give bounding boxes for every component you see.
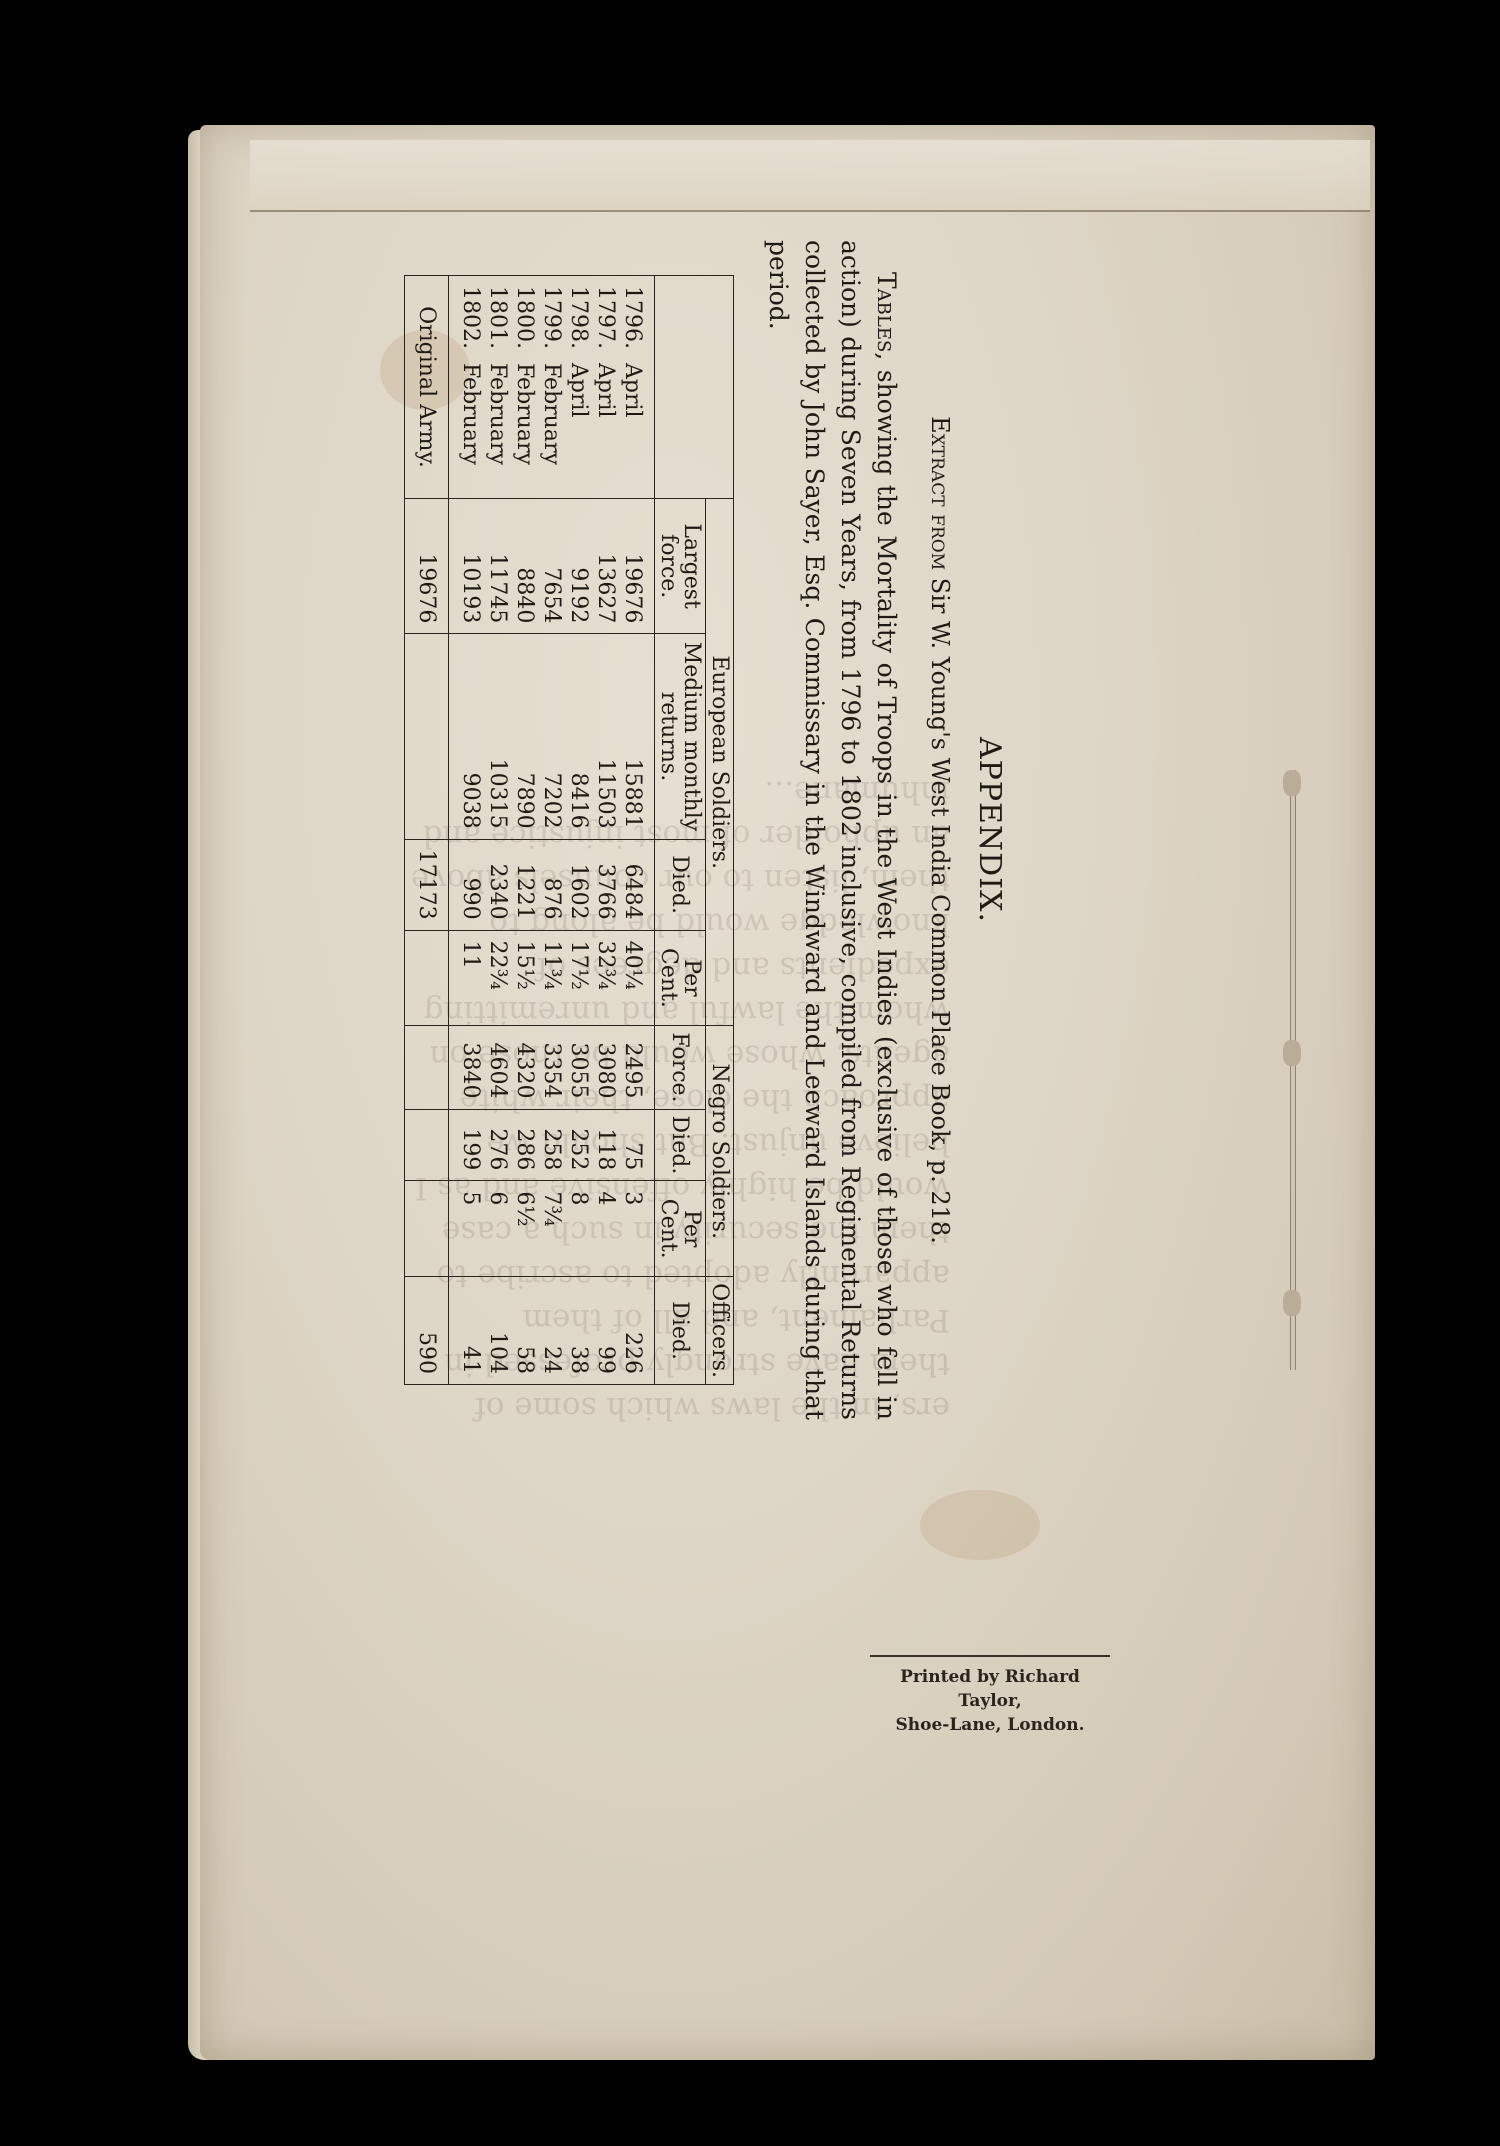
table-row-totals: Original Army. 19676 17173 590 (405, 276, 449, 1385)
table-row: 1796. 1797. 1798. 1799. 1800. 1801. 1802… (449, 276, 655, 1385)
year-header-blank (655, 276, 734, 499)
negro-per-cent-column: 3 4 8 7¾ 6½ 6 5 (449, 1181, 655, 1277)
rotated-appendix-block: APPENDIX. Extract from Sir W. Young's We… (365, 210, 1015, 1450)
largest-force-header: Largest force. (655, 499, 706, 634)
mortality-table: European Soldiers. Negro Soldiers. Offic… (404, 275, 734, 1385)
eu-per-cent-column: 40¼ 32¾ 17½ 11¾ 15½ 22¾ 11 (449, 930, 655, 1026)
officers-died-header: Died. (655, 1277, 706, 1385)
eu-per-cent-header: Per Cent. (655, 930, 706, 1026)
negro-soldiers-header: Negro Soldiers. (706, 1026, 734, 1277)
total-blank (405, 1109, 449, 1181)
total-largest-force: 19676 (405, 499, 449, 634)
total-blank (405, 1026, 449, 1109)
negro-force-column: 2495 3080 3055 3354 4320 4604 3840 (449, 1026, 655, 1109)
printer-line-1: Printed by Richard Taylor, (870, 1665, 1110, 1713)
eu-died-header: Died. (655, 839, 706, 930)
thread-knot (1283, 770, 1301, 796)
extract-source: Sir W. Young's West India Common Place B… (926, 578, 954, 1244)
original-army-label: Original Army. (405, 276, 449, 499)
negro-per-cent-header: Per Cent. (655, 1181, 706, 1277)
page-title: APPENDIX. (972, 210, 1007, 1450)
months-column: April April April February February Febr… (457, 363, 646, 465)
printer-imprint: Printed by Richard Taylor, Shoe-Lane, Lo… (870, 1655, 1110, 1737)
intro-lead: Tables, (872, 272, 901, 360)
total-blank (405, 930, 449, 1026)
officers-header: Officers. (706, 1277, 734, 1385)
intro-text: showing the Mortality of Troops in the W… (764, 240, 901, 1420)
thread-knot (1283, 1290, 1301, 1316)
printer-line-2: Shoe-Lane, London. (870, 1713, 1110, 1737)
year-month-cell: 1796. 1797. 1798. 1799. 1800. 1801. 1802… (449, 276, 655, 499)
thread-knot (1283, 1040, 1301, 1066)
largest-force-column: 19676 13627 9192 7654 8840 11745 10193 (449, 499, 655, 634)
european-soldiers-header: European Soldiers. (706, 499, 734, 1026)
years-column: 1796. 1797. 1798. 1799. 1800. 1801. 1802… (457, 286, 646, 349)
total-officers-died: 590 (405, 1277, 449, 1385)
negro-force-header: Force. (655, 1026, 706, 1109)
folded-top-edge (250, 140, 1370, 212)
total-eu-died: 17173 (405, 839, 449, 930)
negro-died-header: Died. (655, 1109, 706, 1181)
binding-thread (1290, 770, 1296, 1370)
total-medium-blank (405, 634, 449, 839)
medium-monthly-header: Medium monthly returns. (655, 634, 706, 839)
extract-line: Extract from Sir W. Young's West India C… (926, 210, 954, 1450)
extract-prefix: Extract from (926, 416, 954, 570)
paper-stain (920, 1490, 1040, 1560)
medium-monthly-column: 15881 11503 8416 7202 7890 10315 9038 (449, 634, 655, 839)
negro-died-column: 75 118 252 258 286 276 199 (449, 1109, 655, 1181)
eu-died-column: 6484 3766 1602 876 1221 2340 990 (449, 839, 655, 930)
intro-paragraph: Tables, showing the Mortality of Troops … (760, 240, 904, 1420)
officers-died-column: 226 99 38 24 58 104 41 (449, 1277, 655, 1385)
total-blank (405, 1181, 449, 1277)
